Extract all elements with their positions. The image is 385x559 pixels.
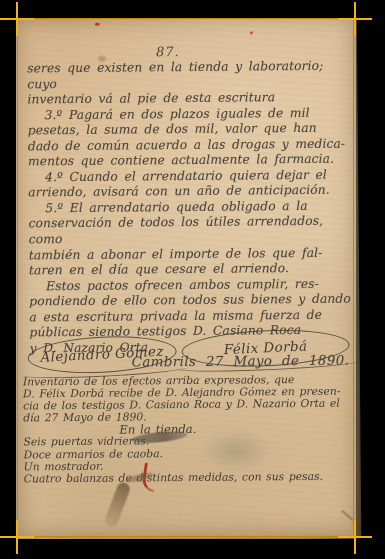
crop-corner-handle-top-right[interactable] [338, 2, 372, 36]
red-ink-speck-icon [95, 23, 100, 26]
manuscript-page: 87. seres que existen en la tienda y lab… [10, 11, 362, 541]
signature-name: Alejandro Gómez [40, 344, 164, 366]
scanned-manuscript-photo: 87. seres que existen en la tienda y lab… [0, 0, 385, 559]
crop-mask-bottom [0, 539, 385, 559]
page-number: 87. [156, 45, 180, 60]
inventory-items: Seis puertas vidrieras.Doce armarios de … [23, 434, 357, 485]
signature-name: Félix Dorbá [223, 338, 307, 358]
inventory-block: Inventario de los efectos arriba expresa… [23, 374, 358, 486]
crop-corner-handle-top-left[interactable] [0, 2, 34, 36]
inventory-intro: Inventario de los efectos arriba expresa… [23, 374, 357, 425]
manuscript-line: seres que existen en la tienda y laborat… [27, 59, 349, 93]
deed-text-block: seres que existen en la tienda y laborat… [27, 59, 352, 373]
red-ink-speck-icon [250, 31, 253, 34]
manuscript-line: conservación de todos los útiles arrenda… [28, 214, 350, 248]
manuscript-line: a esta escritura privada la misma fuerza… [29, 307, 351, 325]
manuscript-line: también a abonar el importe de los que f… [29, 245, 351, 263]
inventory-item-line: Cuatro balanzas de distintas medidas, co… [24, 470, 358, 485]
brown-smudge-mark [103, 481, 131, 529]
crop-corner-handle-bottom-right[interactable] [338, 520, 372, 554]
crop-corner-handle-bottom-left[interactable] [0, 520, 34, 554]
